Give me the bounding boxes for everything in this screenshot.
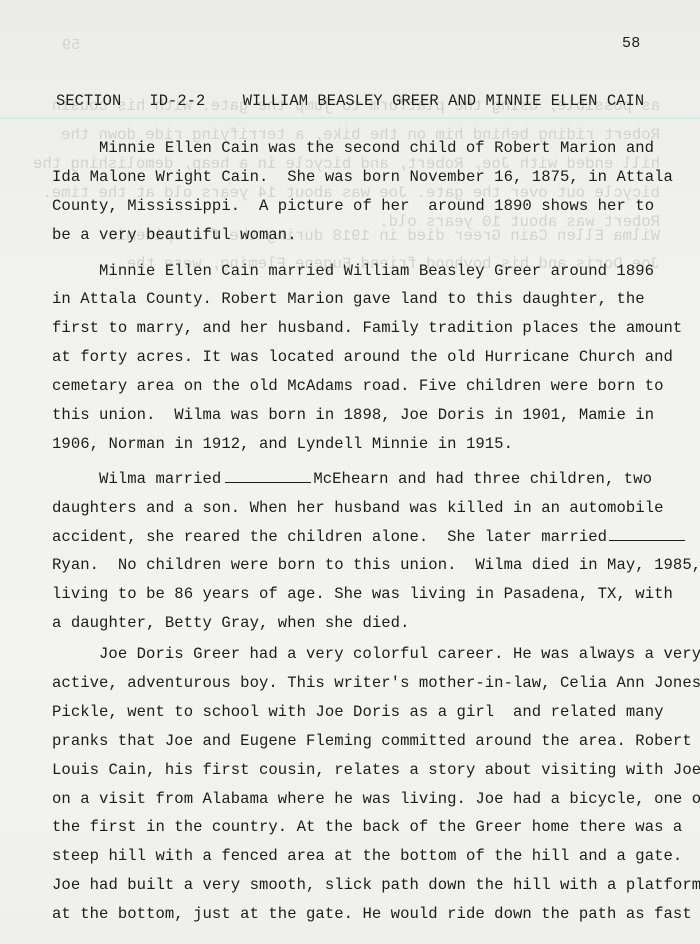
fill-in-blank [609,526,685,541]
text-line: a daughter, Betty Gray, when she died. [52,609,672,638]
text-fragment: accident, she reared the children alone.… [52,528,607,546]
text-line: active, adventurous boy. This writer's m… [52,669,672,698]
text-line: at the bottom, just at the gate. He woul… [52,900,672,929]
text-line: the first in the country. At the back of… [52,813,672,842]
text-line: Joe had built a very smooth, slick path … [52,871,672,900]
bleed-page-number: 59 [62,32,80,61]
text-fragment: Wilma married [99,470,221,488]
text-line: Pickle, went to school with Joe Doris as… [52,698,672,727]
text-line: on a visit from Alabama where he was liv… [52,785,672,814]
body-text: Minnie Ellen Cain was the second child o… [52,134,672,929]
text-line: first to marry, and her husband. Family … [52,314,672,343]
text-line: at forty acres. It was located around th… [52,343,672,372]
text-line: steep hill with a fenced area at the bot… [52,842,672,871]
section-heading: SECTION ID-2-2 WILLIAM BEASLEY GREER AND… [56,92,644,110]
text-line-with-blank: accident, she reared the children alone.… [52,523,672,552]
text-line: Ryan. No children were born to this unio… [52,551,672,580]
text-line: cemetary area on the old McAdams road. F… [52,372,672,401]
text-line: living to be 86 years of age. She was li… [52,580,672,609]
scanned-page: 59 as possible, using the platform to ju… [0,0,700,944]
text-line: Joe Doris Greer had a very colorful care… [52,640,672,669]
text-line: Minnie Ellen Cain married William Beasle… [52,257,672,286]
text-line: Minnie Ellen Cain was the second child o… [52,134,672,163]
text-line: Ida Malone Wright Cain. She was born Nov… [52,163,672,192]
text-line: this union. Wilma was born in 1898, Joe … [52,401,672,430]
text-line: daughters and a son. When her husband wa… [52,494,672,523]
text-line: pranks that Joe and Eugene Fleming commi… [52,727,672,756]
scan-artifact-line [0,117,700,119]
text-line: County, Mississippi. A picture of her ar… [52,192,672,221]
text-line-with-blank: Wilma marriedMcEhearn and had three chil… [52,465,672,494]
text-line: in Attala County. Robert Marion gave lan… [52,285,672,314]
text-fragment: McEhearn and had three children, two [313,470,652,488]
page-number: 58 [622,35,641,52]
text-line: Louis Cain, his first cousin, relates a … [52,756,672,785]
text-line: 1906, Norman in 1912, and Lyndell Minnie… [52,430,672,459]
text-line: be a very beautiful woman. [52,221,672,250]
fill-in-blank [225,468,311,483]
